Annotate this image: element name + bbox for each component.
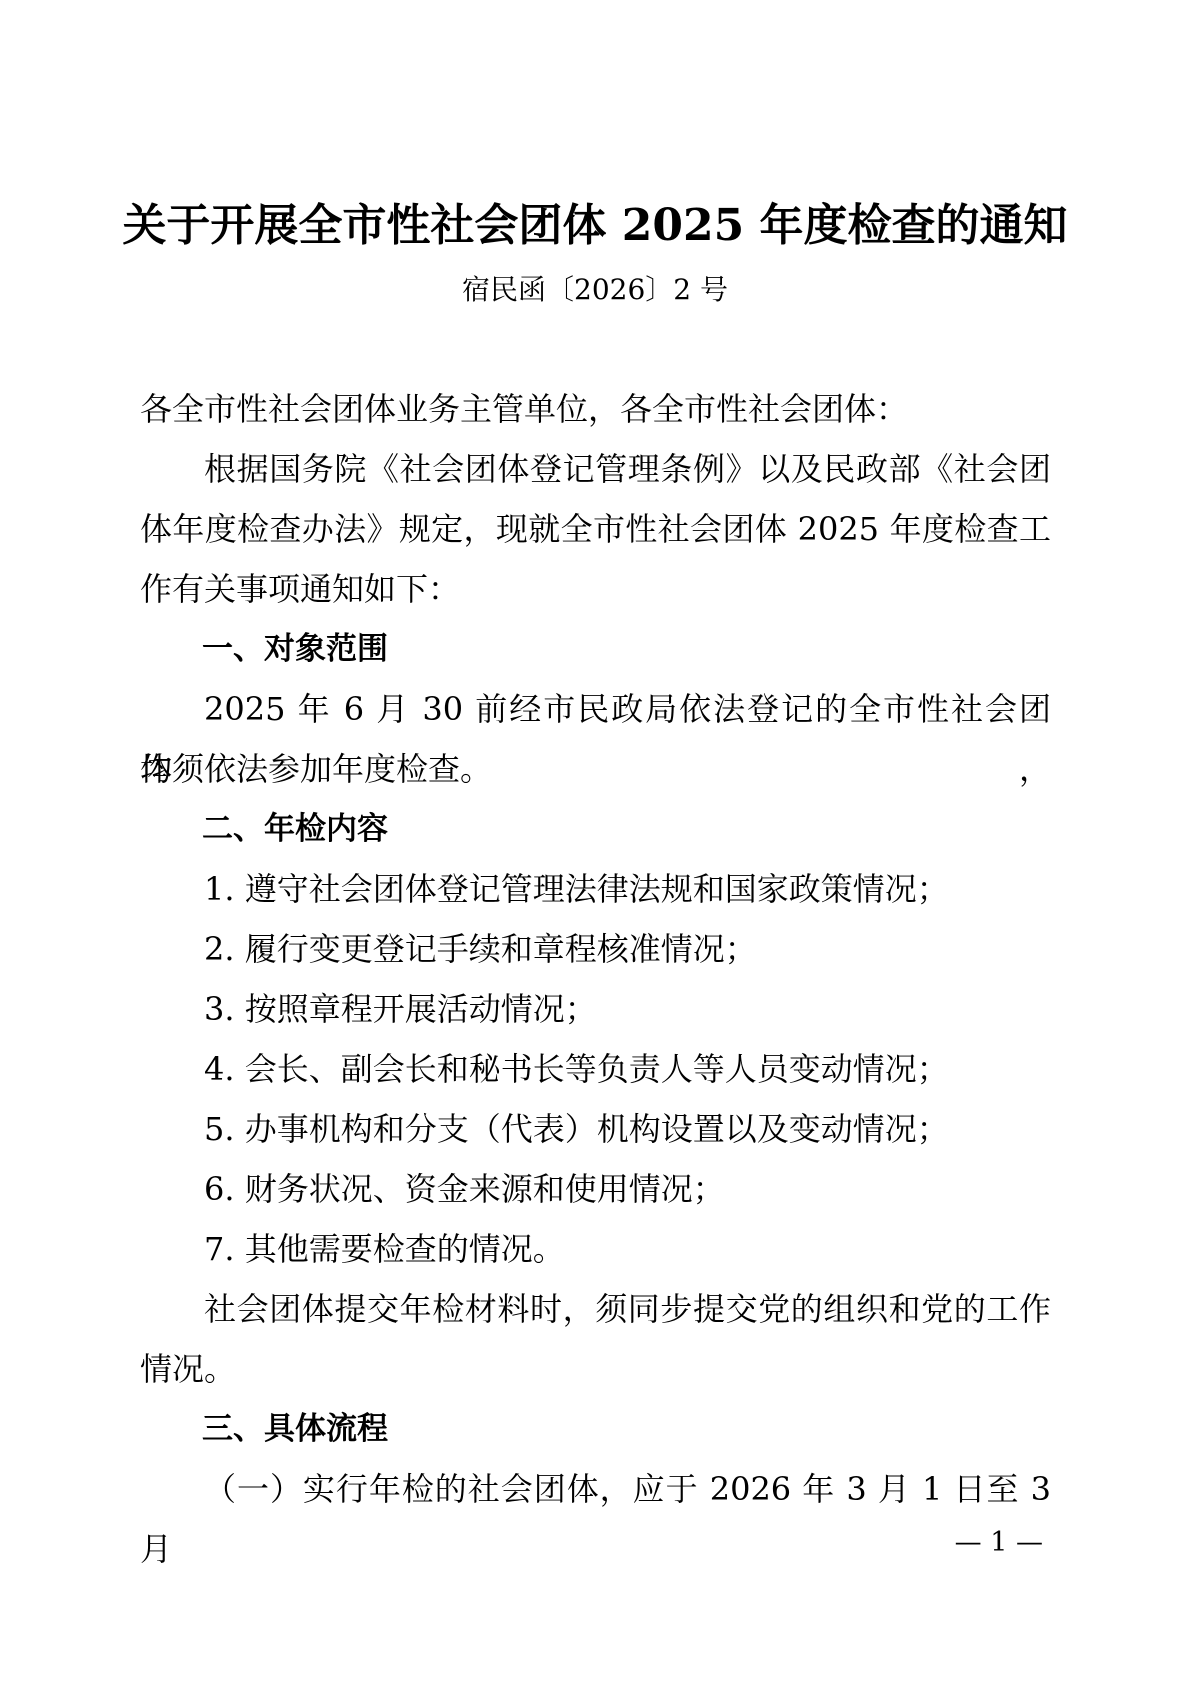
list-item-2: 2. 履行变更登记手续和章程核准情况； [140,919,1051,979]
section-heading-3: 三、具体流程 [140,1399,1051,1459]
list-item-1: 1. 遵守社会团体登记管理法律法规和国家政策情况； [140,859,1051,919]
list-item-6: 6. 财务状况、资金来源和使用情况； [140,1159,1051,1219]
section-heading-1: 一、对象范围 [140,619,1051,679]
intro-paragraph-line-3: 作有关事项通知如下： [140,559,1051,619]
section1-paragraph-line-1: 2025 年 6 月 30 前经市民政局依法登记的全市性社会团体， [140,679,1051,739]
list-item-7: 7. 其他需要检查的情况。 [140,1219,1051,1279]
section-heading-2: 二、年检内容 [140,799,1051,859]
intro-paragraph-line-2: 体年度检查办法》规定，现就全市性社会团体 2025 年度检查工 [140,499,1051,559]
intro-paragraph-line-1: 根据国务院《社会团体登记管理条例》以及民政部《社会团 [140,439,1051,499]
document-page: 关于开展全市性社会团体 2025 年度检查的通知 宿民函〔2026〕2 号 各全… [0,0,1190,1683]
list-item-4: 4. 会长、副会长和秘书长等负责人等人员变动情况； [140,1039,1051,1099]
salutation-line: 各全市性社会团体业务主管单位，各全市性社会团体： [140,379,1051,439]
list-item-3: 3. 按照章程开展活动情况； [140,979,1051,1039]
document-body: 各全市性社会团体业务主管单位，各全市性社会团体： 根据国务院《社会团体登记管理条… [140,379,1051,1519]
list-item-5: 5. 办事机构和分支（代表）机构设置以及变动情况； [140,1099,1051,1159]
page-number: — 1 — [0,1523,1190,1563]
section2-paragraph-line-1: 社会团体提交年检材料时，须同步提交党的组织和党的工作 [140,1279,1051,1339]
document-number: 宿民函〔2026〕2 号 [0,272,1190,308]
section3-paragraph-line-1: （一）实行年检的社会团体，应于 2026 年 3 月 1 日至 3 月 [140,1459,1051,1519]
section2-paragraph-line-2: 情况。 [140,1339,1051,1399]
document-title: 关于开展全市性社会团体 2025 年度检查的通知 [0,0,1190,254]
